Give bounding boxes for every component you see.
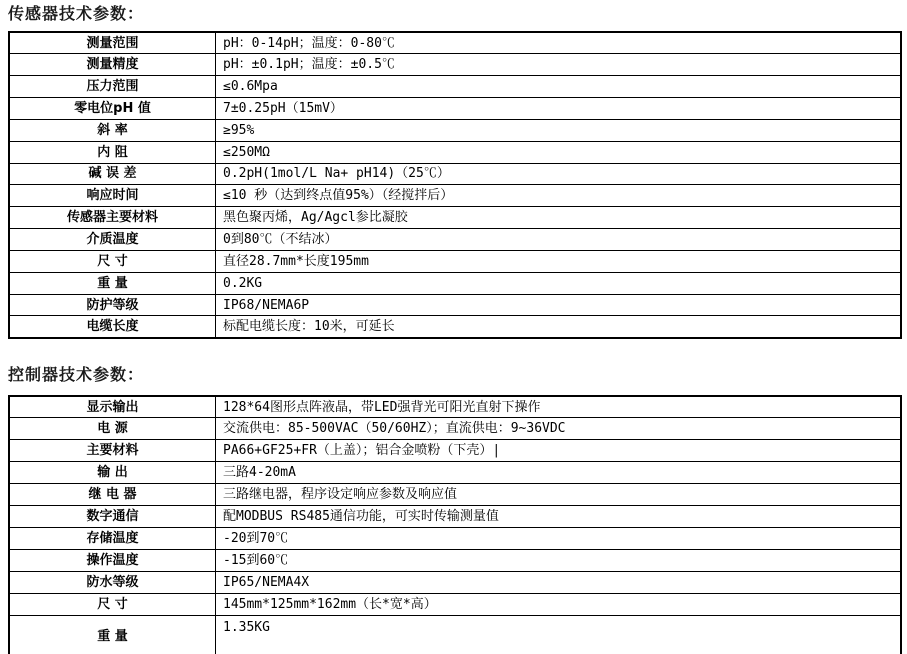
spec-row: 传感器主要材料 黑色聚丙烯，Ag/Agcl参比凝胶	[9, 207, 901, 229]
spec-label: 尺 寸	[9, 250, 216, 272]
sensor-spec-rows: 测量范围 pH：0-14pH；温度：0-80℃ 测量精度 pH：±0.1pH；温…	[9, 32, 901, 338]
spec-value: pH：±0.1pH；温度：±0.5℃	[216, 54, 902, 76]
spec-value: 黑色聚丙烯，Ag/Agcl参比凝胶	[216, 207, 902, 229]
spec-value: 7±0.25pH（15mV）	[216, 98, 902, 120]
spec-row: 斜 率 ≥95%	[9, 119, 901, 141]
spec-label: 存储温度	[9, 528, 216, 550]
spec-label: 斜 率	[9, 119, 216, 141]
spec-row: 重 量 1.35KG	[9, 616, 901, 654]
spec-value: PA66+GF25+FR（上盖）；铝合金喷粉（下壳）|	[216, 440, 902, 462]
sensor-spec-table: 测量范围 pH：0-14pH；温度：0-80℃ 测量精度 pH：±0.1pH；温…	[8, 31, 902, 339]
spec-value: ≤0.6Mpa	[216, 76, 902, 98]
spec-value: 128*64图形点阵液晶，带LED强背光可阳光直射下操作	[216, 396, 902, 418]
spec-label: 防水等级	[9, 572, 216, 594]
spec-label: 响应时间	[9, 185, 216, 207]
spec-value: -15到60℃	[216, 550, 902, 572]
spec-label: 尺 寸	[9, 594, 216, 616]
spec-label: 电缆长度	[9, 316, 216, 338]
spec-label: 重 量	[9, 272, 216, 294]
spec-row: 重 量 0.2KG	[9, 272, 901, 294]
spec-value: 三路4-20mA	[216, 462, 902, 484]
spec-label: 测量精度	[9, 54, 216, 76]
spec-value: ≤10 秒（达到终点值95%）（经搅拌后）	[216, 185, 902, 207]
spec-label: 防护等级	[9, 294, 216, 316]
spec-row: 介质温度 0到80℃（不结冰）	[9, 229, 901, 251]
spec-row: 电缆长度 标配电缆长度：10米，可延长	[9, 316, 901, 338]
spec-label: 输 出	[9, 462, 216, 484]
spec-row: 测量精度 pH：±0.1pH；温度：±0.5℃	[9, 54, 901, 76]
spec-value: 标配电缆长度：10米，可延长	[216, 316, 902, 338]
spec-value: 交流供电：85-500VAC（50/60HZ）；直流供电：9~36VDC	[216, 418, 902, 440]
spec-label: 电 源	[9, 418, 216, 440]
spec-value: 0.2pH(1mol/L Na+ pH14)（25℃）	[216, 163, 902, 185]
spec-row: 碱 误 差 0.2pH(1mol/L Na+ pH14)（25℃）	[9, 163, 901, 185]
spec-value: 0.2KG	[216, 272, 902, 294]
spec-row: 压力范围 ≤0.6Mpa	[9, 76, 901, 98]
spec-row: 主要材料 PA66+GF25+FR（上盖）；铝合金喷粉（下壳）|	[9, 440, 901, 462]
spec-row: 电 源 交流供电：85-500VAC（50/60HZ）；直流供电：9~36VDC	[9, 418, 901, 440]
spec-value: -20到70℃	[216, 528, 902, 550]
spec-value: 145mm*125mm*162mm（长*宽*高）	[216, 594, 902, 616]
spec-value: 配MODBUS RS485通信功能，可实时传输测量值	[216, 506, 902, 528]
spec-row: 输 出 三路4-20mA	[9, 462, 901, 484]
spec-label: 显示输出	[9, 396, 216, 418]
spec-label: 继 电 器	[9, 484, 216, 506]
spec-row: 尺 寸 直径28.7mm*长度195mm	[9, 250, 901, 272]
spec-row: 继 电 器 三路继电器，程序设定响应参数及响应值	[9, 484, 901, 506]
spec-row: 防水等级 IP65/NEMA4X	[9, 572, 901, 594]
spec-value: ≤250MΩ	[216, 141, 902, 163]
spec-row: 存储温度 -20到70℃	[9, 528, 901, 550]
spec-value: 三路继电器，程序设定响应参数及响应值	[216, 484, 902, 506]
spec-label: 重 量	[9, 616, 216, 654]
controller-spec-table: 显示输出 128*64图形点阵液晶，带LED强背光可阳光直射下操作 电 源 交流…	[8, 395, 902, 654]
spec-value: 直径28.7mm*长度195mm	[216, 250, 902, 272]
spec-label: 介质温度	[9, 229, 216, 251]
spec-label: 主要材料	[9, 440, 216, 462]
spec-row: 防护等级 IP68/NEMA6P	[9, 294, 901, 316]
spec-value: IP65/NEMA4X	[216, 572, 902, 594]
spec-label: 压力范围	[9, 76, 216, 98]
sensor-section-title: 传感器技术参数：	[8, 4, 907, 26]
spec-label: 数字通信	[9, 506, 216, 528]
spec-label: 传感器主要材料	[9, 207, 216, 229]
spec-value: ≥95%	[216, 119, 902, 141]
spec-value: 0到80℃（不结冰）	[216, 229, 902, 251]
spec-row: 测量范围 pH：0-14pH；温度：0-80℃	[9, 32, 901, 54]
spec-value: IP68/NEMA6P	[216, 294, 902, 316]
spec-value: 1.35KG	[216, 616, 902, 654]
controller-spec-rows: 显示输出 128*64图形点阵液晶，带LED强背光可阳光直射下操作 电 源 交流…	[9, 396, 901, 654]
spec-label: 测量范围	[9, 32, 216, 54]
spec-row: 零电位pH 值 7±0.25pH（15mV）	[9, 98, 901, 120]
spec-row: 响应时间 ≤10 秒（达到终点值95%）（经搅拌后）	[9, 185, 901, 207]
spec-label: 操作温度	[9, 550, 216, 572]
spec-row: 内 阻 ≤250MΩ	[9, 141, 901, 163]
spec-row: 操作温度 -15到60℃	[9, 550, 901, 572]
spec-value: pH：0-14pH；温度：0-80℃	[216, 32, 902, 54]
spec-label: 内 阻	[9, 141, 216, 163]
spec-label: 零电位pH 值	[9, 98, 216, 120]
document-page: 传感器技术参数： 测量范围 pH：0-14pH；温度：0-80℃ 测量精度 pH…	[0, 0, 907, 654]
controller-section-title: 控制器技术参数：	[8, 365, 907, 387]
spec-row: 尺 寸 145mm*125mm*162mm（长*宽*高）	[9, 594, 901, 616]
spec-label: 碱 误 差	[9, 163, 216, 185]
spec-row: 显示输出 128*64图形点阵液晶，带LED强背光可阳光直射下操作	[9, 396, 901, 418]
spec-row: 数字通信 配MODBUS RS485通信功能，可实时传输测量值	[9, 506, 901, 528]
